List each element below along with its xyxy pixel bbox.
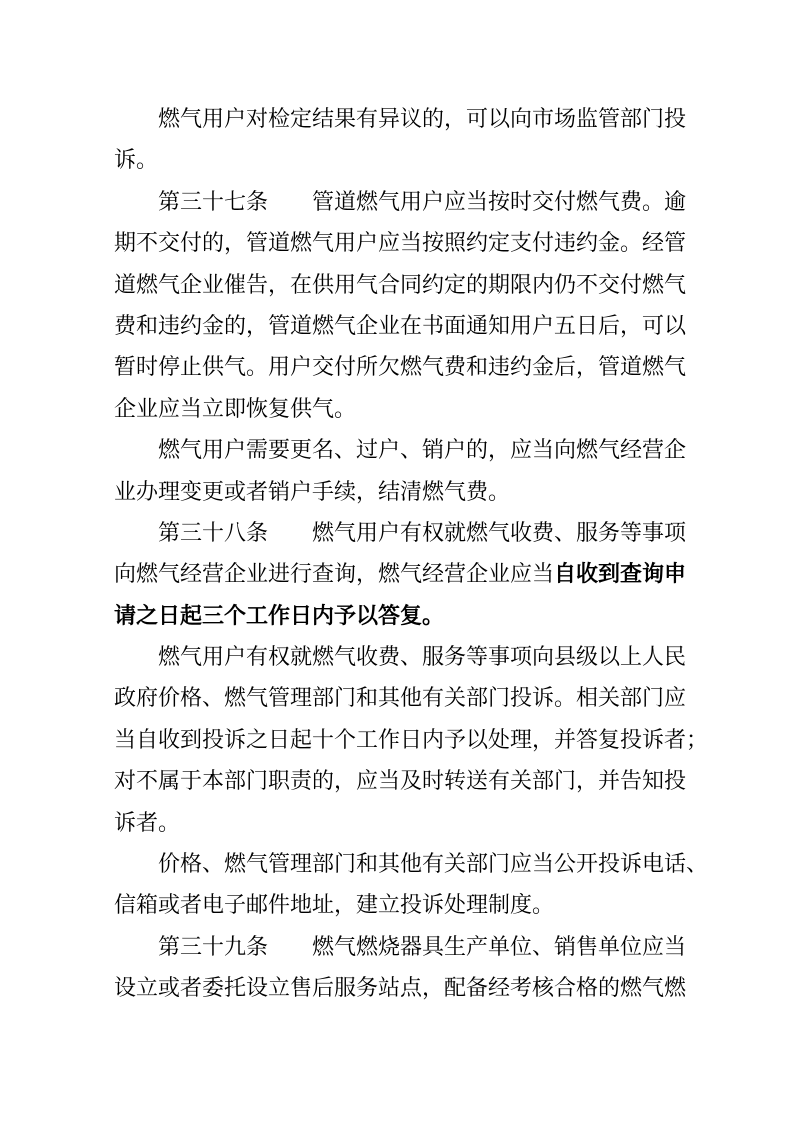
text-segment: 当自收到投诉之日起十个工作日内予以处理，并答复投诉者； [114,727,708,752]
text-line: 暂时停止供气。用户交付所欠燃气费和违约金后，管道燃气 [114,346,686,387]
text-line: 价格、燃气管理部门和其他有关部门应当公开投诉电话、 [114,843,686,884]
text-line: 当自收到投诉之日起十个工作日内予以处理，并答复投诉者； [114,719,686,760]
text-segment: 向燃气经营企业进行查询，燃气经营企业应当 [114,561,554,586]
text-line: 诉。 [114,139,686,180]
text-segment: 信箱或者电子邮件地址，建立投诉处理制度。 [114,892,554,917]
text-segment: 第三十九条 燃气燃烧器具生产单位、销售单位应当 [158,934,686,959]
text-segment: 第三十七条 管道燃气用户应当按时交付燃气费。逾 [158,189,686,214]
text-segment: 企业应当立即恢复供气。 [114,396,356,421]
text-line: 费和违约金的，管道燃气企业在书面通知用户五日后，可以 [114,305,686,346]
text-line: 诉者。 [114,802,686,843]
text-segment: 业办理变更或者销户手续，结清燃气费。 [114,479,510,504]
text-segment: 燃气用户对检定结果有异议的，可以向市场监管部门投 [158,106,686,131]
text-segment: 费和违约金的，管道燃气企业在书面通知用户五日后，可以 [114,313,686,338]
text-line: 燃气用户需要更名、过户、销户的，应当向燃气经营企 [114,429,686,470]
text-line: 信箱或者电子邮件地址，建立投诉处理制度。 [114,884,686,925]
text-line: 燃气用户对检定结果有异议的，可以向市场监管部门投 [114,98,686,139]
text-segment: 期不交付的，管道燃气用户应当按照约定支付违约金。经管 [114,230,686,255]
text-segment: 燃气用户需要更名、过户、销户的，应当向燃气经营企 [158,437,686,462]
text-line: 第三十七条 管道燃气用户应当按时交付燃气费。逾 [114,181,686,222]
bold-text-segment: 请之日起三个工作日内予以答复。 [114,603,444,628]
text-line: 企业应当立即恢复供气。 [114,388,686,429]
text-line: 请之日起三个工作日内予以答复。 [114,595,686,636]
text-segment: 价格、燃气管理部门和其他有关部门应当公开投诉电话、 [158,851,708,876]
text-segment: 政府价格、燃气管理部门和其他有关部门投诉。相关部门应 [114,685,686,710]
text-segment: 对不属于本部门职责的，应当及时转送有关部门，并告知投 [114,768,686,793]
document-page: 燃气用户对检定结果有异议的，可以向市场监管部门投诉。第三十七条 管道燃气用户应当… [0,0,793,1122]
text-line: 对不属于本部门职责的，应当及时转送有关部门，并告知投 [114,760,686,801]
text-segment: 燃气用户有权就燃气收费、服务等事项向县级以上人民 [158,644,686,669]
text-segment: 设立或者委托设立售后服务站点，配备经考核合格的燃气燃 [114,975,686,1000]
text-segment: 诉者。 [114,810,180,835]
text-line: 业办理变更或者销户手续，结清燃气费。 [114,471,686,512]
text-segment: 暂时停止供气。用户交付所欠燃气费和违约金后，管道燃气 [114,354,686,379]
text-line: 第三十九条 燃气燃烧器具生产单位、销售单位应当 [114,926,686,967]
text-line: 燃气用户有权就燃气收费、服务等事项向县级以上人民 [114,636,686,677]
text-line: 政府价格、燃气管理部门和其他有关部门投诉。相关部门应 [114,677,686,718]
text-segment: 诉。 [114,147,158,172]
text-line: 设立或者委托设立售后服务站点，配备经考核合格的燃气燃 [114,967,686,1008]
bold-text-segment: 自收到查询申 [554,561,686,586]
text-segment: 第三十八条 燃气用户有权就燃气收费、服务等事项 [158,520,686,545]
text-line: 第三十八条 燃气用户有权就燃气收费、服务等事项 [114,512,686,553]
text-line: 道燃气企业催告，在供用气合同约定的期限内仍不交付燃气 [114,264,686,305]
text-line: 向燃气经营企业进行查询，燃气经营企业应当自收到查询申 [114,553,686,594]
text-line: 期不交付的，管道燃气用户应当按照约定支付违约金。经管 [114,222,686,263]
text-segment: 道燃气企业催告，在供用气合同约定的期限内仍不交付燃气 [114,272,686,297]
